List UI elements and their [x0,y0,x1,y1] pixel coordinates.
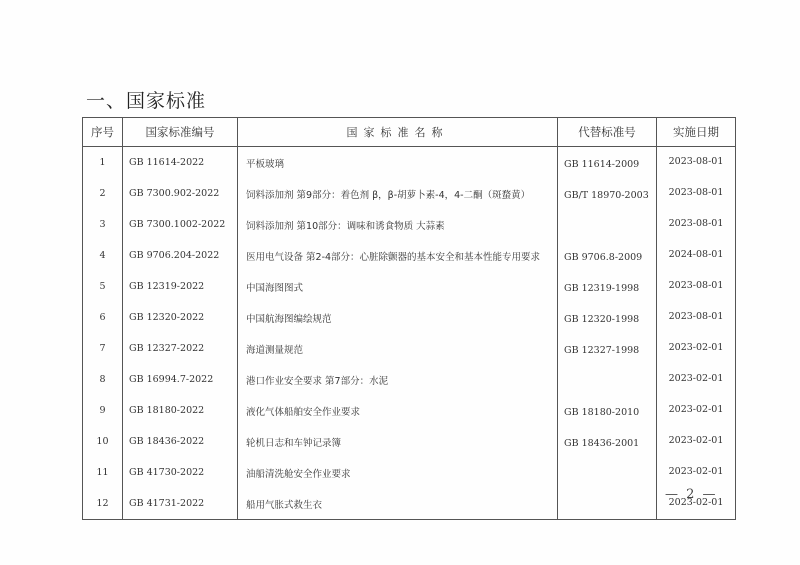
cell-replaced: GB 12327-1998 [558,333,657,364]
table-row: 11 GB 41730-2022 油船清洗舱安全作业要求 2023-02-01 [83,457,736,488]
cell-replaced [558,488,657,520]
cell-replaced: GB 12319-1998 [558,271,657,302]
cell-seq: 6 [83,302,123,333]
cell-code: GB 7300.1002-2022 [123,209,238,240]
cell-code: GB 7300.902-2022 [123,178,238,209]
cell-date: 2023-08-01 [657,302,736,333]
section-title: 一、国家标准 [86,86,206,113]
cell-name: 港口作业安全要求 第7部分：水泥 [238,364,558,395]
cell-seq: 12 [83,488,123,520]
header-code: 国家标准编号 [123,118,238,147]
cell-replaced: GB 18436-2001 [558,426,657,457]
table-row: 10 GB 18436-2022 轮机日志和车钟记录簿 GB 18436-200… [83,426,736,457]
header-name: 国家标准名称 [238,118,558,147]
document-page: 一、国家标准 序号 国家标准编号 国家标准名称 代替标准号 实施日期 1 GB … [0,0,800,565]
cell-seq: 3 [83,209,123,240]
cell-name: 中国海图图式 [238,271,558,302]
cell-date: 2023-02-01 [657,457,736,488]
header-seq: 序号 [83,118,123,147]
cell-code: GB 12319-2022 [123,271,238,302]
cell-seq: 7 [83,333,123,364]
cell-seq: 4 [83,240,123,271]
table-row: 3 GB 7300.1002-2022 饲料添加剂 第10部分：调味和诱食物质 … [83,209,736,240]
cell-code: GB 12320-2022 [123,302,238,333]
cell-name: 船用气胀式救生衣 [238,488,558,520]
cell-code: GB 9706.204-2022 [123,240,238,271]
cell-name: 轮机日志和车钟记录簿 [238,426,558,457]
cell-code: GB 16994.7-2022 [123,364,238,395]
table-row: 7 GB 12327-2022 海道测量规范 GB 12327-1998 202… [83,333,736,364]
cell-replaced: GB 18180-2010 [558,395,657,426]
cell-replaced: GB 12320-1998 [558,302,657,333]
cell-code: GB 18436-2022 [123,426,238,457]
table-row: 8 GB 16994.7-2022 港口作业安全要求 第7部分：水泥 2023-… [83,364,736,395]
table-row: 1 GB 11614-2022 平板玻璃 GB 11614-2009 2023-… [83,147,736,179]
cell-date: 2023-08-01 [657,178,736,209]
cell-name: 平板玻璃 [238,147,558,179]
cell-date: 2023-02-01 [657,333,736,364]
cell-code: GB 18180-2022 [123,395,238,426]
cell-replaced [558,364,657,395]
cell-name: 海道测量规范 [238,333,558,364]
cell-date: 2023-08-01 [657,209,736,240]
cell-seq: 11 [83,457,123,488]
table-row: 5 GB 12319-2022 中国海图图式 GB 12319-1998 202… [83,271,736,302]
cell-name: 液化气体船舶安全作业要求 [238,395,558,426]
cell-name: 饲料添加剂 第10部分：调味和诱食物质 大蒜素 [238,209,558,240]
cell-replaced: GB/T 18970-2003 [558,178,657,209]
national-standards-table: 序号 国家标准编号 国家标准名称 代替标准号 实施日期 1 GB 11614-2… [82,117,736,520]
cell-name: 油船清洗舱安全作业要求 [238,457,558,488]
cell-date: 2023-02-01 [657,395,736,426]
header-replaced: 代替标准号 [558,118,657,147]
cell-date: 2023-08-01 [657,147,736,179]
cell-code: GB 41730-2022 [123,457,238,488]
table-row: 6 GB 12320-2022 中国航海图编绘规范 GB 12320-1998 … [83,302,736,333]
cell-seq: 5 [83,271,123,302]
cell-replaced [558,209,657,240]
cell-replaced [558,457,657,488]
cell-date: 2023-02-01 [657,426,736,457]
cell-seq: 2 [83,178,123,209]
table-row: 9 GB 18180-2022 液化气体船舶安全作业要求 GB 18180-20… [83,395,736,426]
cell-seq: 9 [83,395,123,426]
cell-code: GB 11614-2022 [123,147,238,179]
cell-date: 2023-02-01 [657,364,736,395]
header-date: 实施日期 [657,118,736,147]
cell-code: GB 12327-2022 [123,333,238,364]
cell-replaced: GB 11614-2009 [558,147,657,179]
table-row: 4 GB 9706.204-2022 医用电气设备 第2-4部分：心脏除颤器的基… [83,240,736,271]
cell-seq: 1 [83,147,123,179]
cell-name: 饲料添加剂 第9部分：着色剂 β，β-胡萝卜素-4，4-二酮（斑蝥黄） [238,178,558,209]
page-number: — 2 — [665,487,718,502]
table-header-row: 序号 国家标准编号 国家标准名称 代替标准号 实施日期 [83,118,736,147]
cell-replaced: GB 9706.8-2009 [558,240,657,271]
cell-code: GB 41731-2022 [123,488,238,520]
cell-seq: 8 [83,364,123,395]
table-row: 2 GB 7300.902-2022 饲料添加剂 第9部分：着色剂 β，β-胡萝… [83,178,736,209]
table-row: 12 GB 41731-2022 船用气胀式救生衣 2023-02-01 [83,488,736,520]
cell-name: 中国航海图编绘规范 [238,302,558,333]
cell-date: 2024-08-01 [657,240,736,271]
cell-seq: 10 [83,426,123,457]
cell-date: 2023-08-01 [657,271,736,302]
cell-name: 医用电气设备 第2-4部分：心脏除颤器的基本安全和基本性能专用要求 [238,240,558,271]
